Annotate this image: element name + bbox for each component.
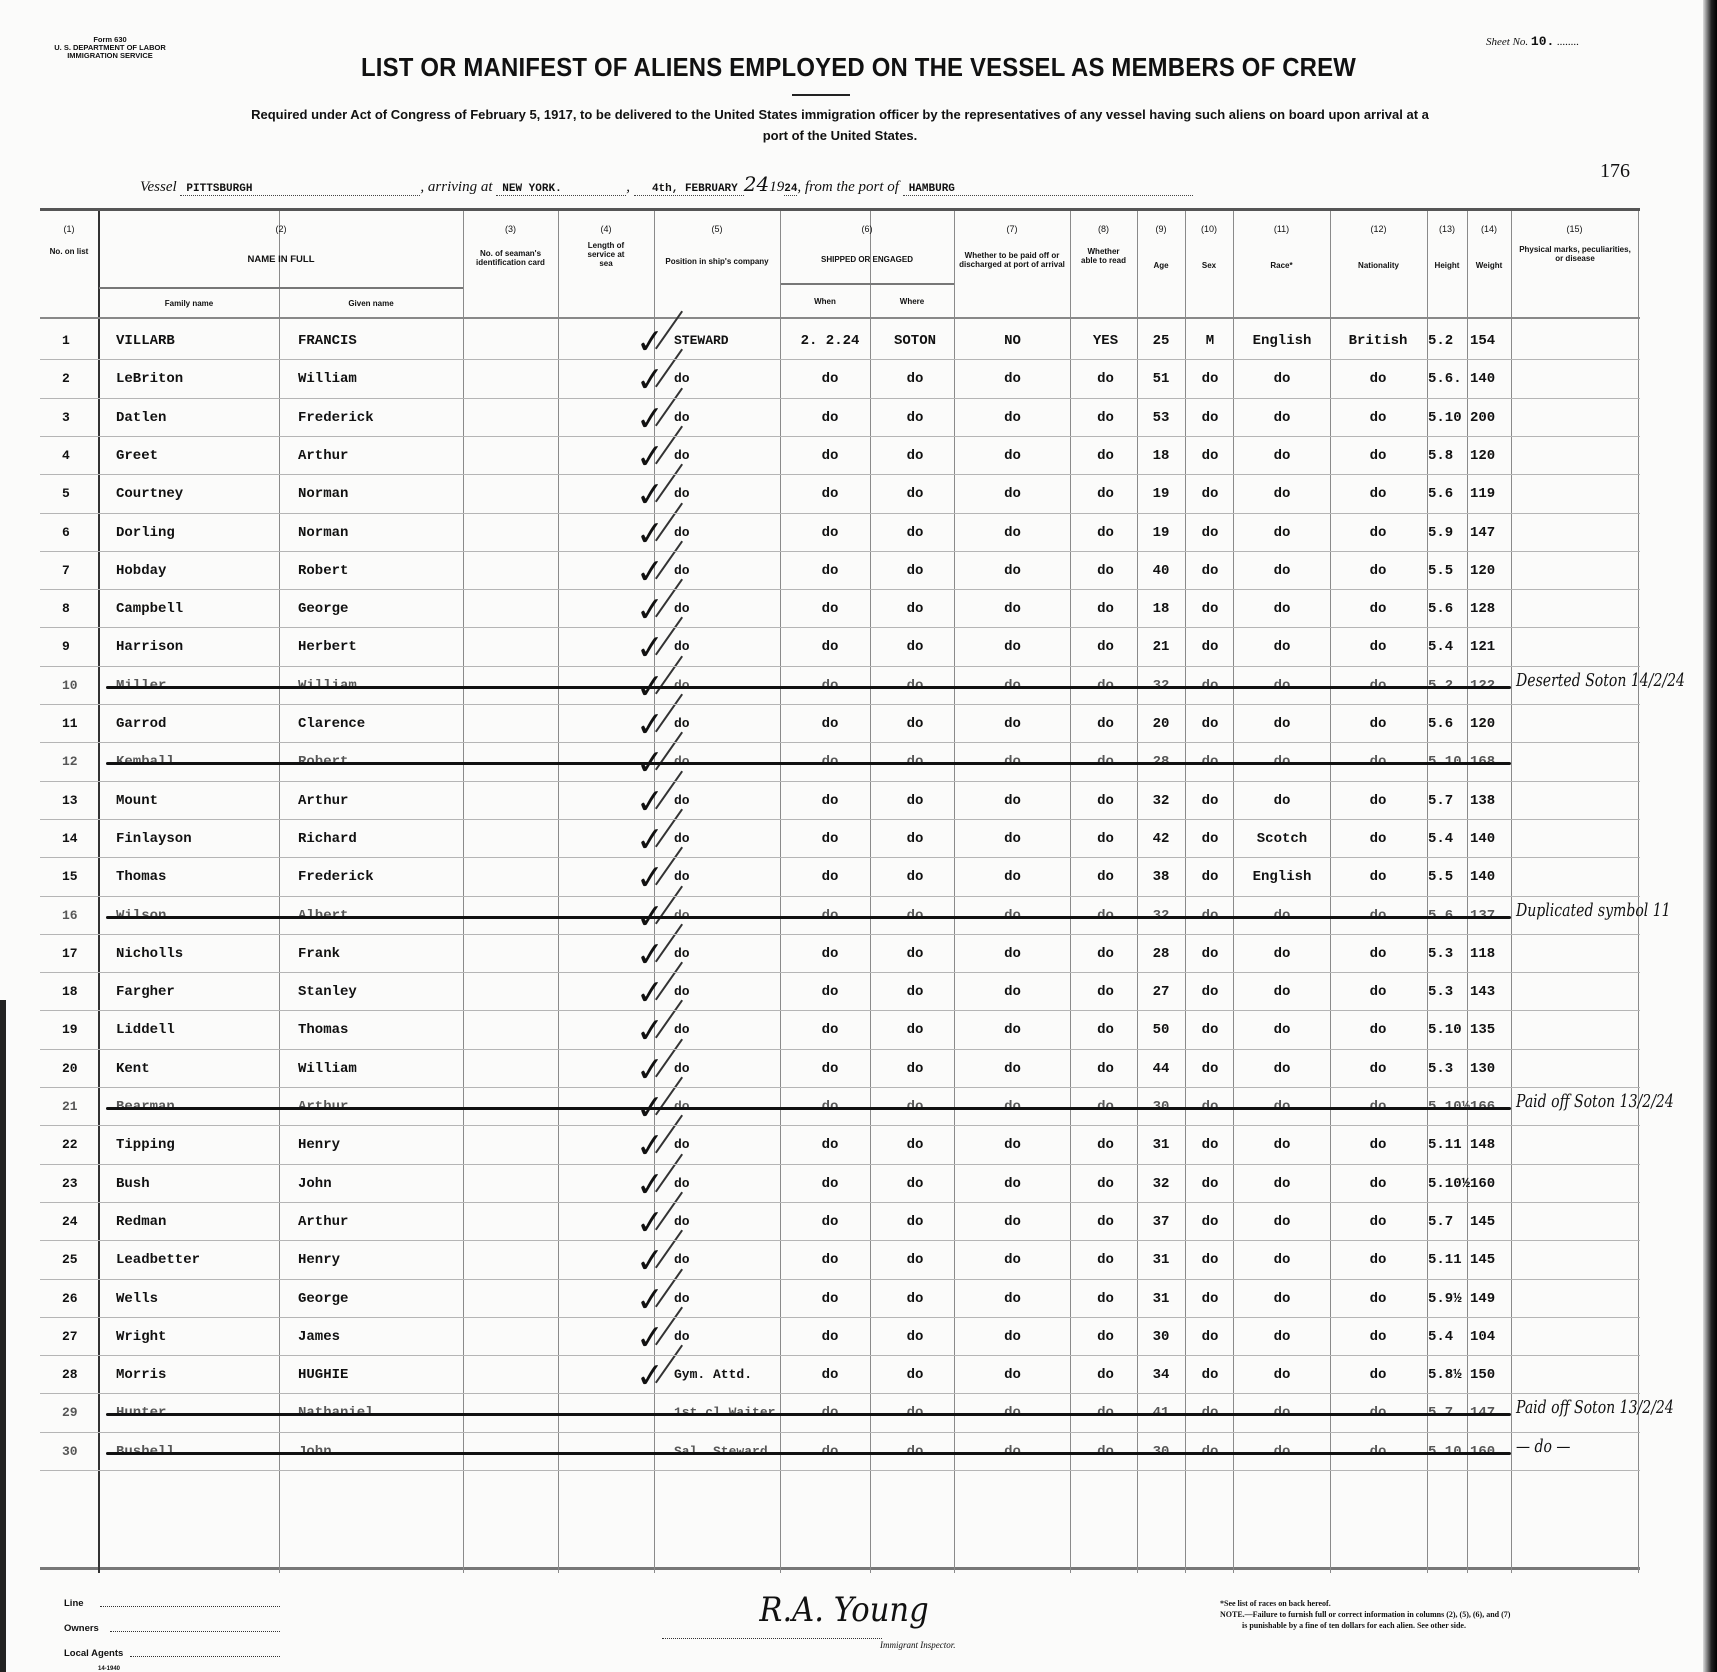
cell-height: 5.7 <box>1428 793 1470 809</box>
cell-race: do <box>1236 525 1328 541</box>
col-header-family-name: Family name <box>99 299 279 308</box>
cell-position: STEWARD <box>674 333 774 348</box>
cell-position: do <box>674 984 774 999</box>
cell-race: do <box>1236 1176 1328 1192</box>
cell-weight: 135 <box>1470 1022 1510 1038</box>
cell-given: Frederick <box>298 869 458 885</box>
col8-number: (8) <box>1070 225 1137 234</box>
cell-sex: do <box>1188 371 1232 387</box>
row-rule <box>40 1317 1640 1318</box>
col14-number: (14) <box>1467 225 1511 234</box>
cell-where: do <box>880 946 950 962</box>
cell-position: do <box>674 1252 774 1267</box>
cell-nationality: do <box>1332 486 1424 502</box>
strikethrough-line <box>106 1107 1511 1110</box>
cell-height: 5.5 <box>1428 563 1470 579</box>
cell-paid-off: do <box>965 1022 1060 1038</box>
cell-given: Norman <box>298 486 458 502</box>
col15-number: (15) <box>1511 225 1638 234</box>
col6-number: (6) <box>780 225 954 234</box>
departure-port: HAMBURG <box>903 183 1193 196</box>
col-header-physical-marks: Physical marks, peculiarities, or diseas… <box>1516 245 1634 263</box>
column-divider <box>279 211 280 1573</box>
cell-position: do <box>674 371 774 386</box>
row-rule <box>40 819 1640 820</box>
cell-race: do <box>1236 1291 1328 1307</box>
cell-no: 9 <box>62 639 92 654</box>
cell-age: 51 <box>1139 371 1183 387</box>
cell-height: 5.4 <box>1428 1329 1470 1345</box>
cell-when: do <box>790 869 870 885</box>
cell-no: 4 <box>62 448 92 463</box>
cell-no: 23 <box>62 1176 92 1191</box>
cell-position: Gym. Attd. <box>674 1367 774 1382</box>
cell-nationality: do <box>1332 793 1424 809</box>
cell-height: 5.11 <box>1428 1252 1470 1268</box>
col-header-sex: Sex <box>1185 261 1233 270</box>
cell-when: do <box>790 831 870 847</box>
cell-family: Wells <box>116 1291 276 1307</box>
cell-given: HUGHIE <box>298 1367 458 1383</box>
cell-height: 5.6 <box>1428 601 1470 617</box>
handwritten-note: Paid off Soton 13/2/24 <box>1516 1397 1674 1418</box>
cell-sex: do <box>1188 1214 1232 1230</box>
cell-where: do <box>880 1022 950 1038</box>
cell-read: do <box>1078 525 1133 541</box>
cell-sex: do <box>1188 1022 1232 1038</box>
cell-height: 5.4 <box>1428 639 1470 655</box>
cell-nationality: do <box>1332 984 1424 1000</box>
cell-nationality: do <box>1332 946 1424 962</box>
cell-nationality: do <box>1332 831 1424 847</box>
cell-nationality: do <box>1332 448 1424 464</box>
cell-when: do <box>790 1061 870 1077</box>
cell-paid-off: do <box>965 601 1060 617</box>
cell-family: Thomas <box>116 869 276 885</box>
cell-when: do <box>790 716 870 732</box>
handwritten-note: Deserted Soton 14/2/24 <box>1516 670 1685 691</box>
cell-paid-off: do <box>965 946 1060 962</box>
cell-given: Henry <box>298 1137 458 1153</box>
cell-weight: 149 <box>1470 1291 1510 1307</box>
row-rule <box>40 436 1640 437</box>
cell-where: do <box>880 1329 950 1345</box>
cell-age: 25 <box>1139 333 1183 349</box>
cell-nationality: British <box>1332 333 1424 349</box>
cell-sex: do <box>1188 525 1232 541</box>
cell-weight: 119 <box>1470 486 1510 502</box>
col-header-weight: Weight <box>1467 261 1511 270</box>
arrival-port: NEW YORK. <box>496 183 626 196</box>
cell-race: do <box>1236 639 1328 655</box>
row-rule <box>40 704 1640 705</box>
cell-age: 32 <box>1139 1176 1183 1192</box>
col4-number: (4) <box>558 225 654 234</box>
cell-no: 24 <box>62 1214 92 1229</box>
cell-position: do <box>674 563 774 578</box>
column-divider <box>1137 211 1138 1573</box>
cell-no: 6 <box>62 525 92 540</box>
cell-no: 26 <box>62 1291 92 1306</box>
cell-nationality: do <box>1332 1214 1424 1230</box>
cell-when: do <box>790 371 870 387</box>
cell-given: Herbert <box>298 639 458 655</box>
cell-position: do <box>674 946 774 961</box>
cell-no: 30 <box>62 1444 92 1459</box>
cell-paid-off: do <box>965 448 1060 464</box>
signature-line <box>662 1638 882 1639</box>
cell-weight: 121 <box>1470 639 1510 655</box>
cell-read: do <box>1078 1022 1133 1038</box>
col-header-given-name: Given name <box>279 299 463 308</box>
col13-number: (13) <box>1427 225 1467 234</box>
cell-position: do <box>674 1022 774 1037</box>
cell-given: Clarence <box>298 716 458 732</box>
cell-sex: do <box>1188 869 1232 885</box>
column-divider <box>1185 211 1186 1573</box>
cell-read: do <box>1078 1214 1133 1230</box>
cell-paid-off: do <box>965 1291 1060 1307</box>
local-agents-field <box>130 1656 280 1657</box>
cell-race: do <box>1236 371 1328 387</box>
cell-when: do <box>790 448 870 464</box>
cell-where: do <box>880 1061 950 1077</box>
handwritten-note: — do — <box>1516 1436 1570 1457</box>
cell-when: do <box>790 793 870 809</box>
col-header-paid-off: Whether to be paid off or discharged at … <box>958 251 1066 269</box>
row-rule <box>40 1049 1640 1050</box>
cell-no: 1 <box>62 333 92 348</box>
cell-read: do <box>1078 601 1133 617</box>
col2-number: (2) <box>99 225 463 234</box>
col1-number: (1) <box>40 225 98 234</box>
cell-age: 30 <box>1139 1329 1183 1345</box>
cell-paid-off: do <box>965 1061 1060 1077</box>
row-rule <box>40 1202 1640 1203</box>
cell-height: 5.2 <box>1428 333 1470 349</box>
cell-height: 5.5 <box>1428 869 1470 885</box>
cell-family: Finlayson <box>116 831 276 847</box>
cell-when: do <box>790 946 870 962</box>
cell-paid-off: do <box>965 410 1060 426</box>
strikethrough-line <box>106 916 1511 919</box>
cell-no: 11 <box>62 716 92 731</box>
cell-family: Hobday <box>116 563 276 579</box>
cell-given: Robert <box>298 563 458 579</box>
cell-height: 5.8½ <box>1428 1367 1470 1383</box>
cell-given: Norman <box>298 525 458 541</box>
cell-given: William <box>298 371 458 387</box>
col9-number: (9) <box>1137 225 1185 234</box>
cell-age: 21 <box>1139 639 1183 655</box>
cell-read: do <box>1078 410 1133 426</box>
cell-given: Arthur <box>298 793 458 809</box>
cell-sex: do <box>1188 1252 1232 1268</box>
cell-no: 20 <box>62 1061 92 1076</box>
cell-family: Kent <box>116 1061 276 1077</box>
cell-race: do <box>1236 563 1328 579</box>
cell-paid-off: do <box>965 869 1060 885</box>
cell-weight: 145 <box>1470 1214 1510 1230</box>
cell-family: Wright <box>116 1329 276 1345</box>
cell-read: YES <box>1078 333 1133 349</box>
inspector-signature: R.A. Young <box>759 1590 928 1630</box>
row-rule <box>40 896 1640 897</box>
local-agents-label: Local Agents <box>64 1648 123 1659</box>
row-rule <box>40 1470 1640 1471</box>
cell-height: 5.4 <box>1428 831 1470 847</box>
cell-nationality: do <box>1332 716 1424 732</box>
cell-no: 15 <box>62 869 92 884</box>
column-divider <box>870 211 871 1573</box>
row-rule <box>40 474 1640 475</box>
cell-race: do <box>1236 793 1328 809</box>
cell-height: 5.9 <box>1428 525 1470 541</box>
cell-sex: do <box>1188 563 1232 579</box>
cell-sex: do <box>1188 1367 1232 1383</box>
cell-when: do <box>790 410 870 426</box>
cell-race: do <box>1236 1137 1328 1153</box>
cell-family: Redman <box>116 1214 276 1230</box>
cell-weight: 130 <box>1470 1061 1510 1077</box>
cell-family: Mount <box>116 793 276 809</box>
row-rule <box>40 934 1640 935</box>
cell-race: do <box>1236 1022 1328 1038</box>
cell-weight: 140 <box>1470 869 1510 885</box>
col-header-position: Position in ship's company <box>658 257 776 266</box>
cell-weight: 140 <box>1470 371 1510 387</box>
cell-weight: 118 <box>1470 946 1510 962</box>
cell-nationality: do <box>1332 1061 1424 1077</box>
cell-given: William <box>298 1061 458 1077</box>
cell-where: do <box>880 1137 950 1153</box>
cell-age: 53 <box>1139 410 1183 426</box>
cell-no: 3 <box>62 410 92 425</box>
cell-weight: 154 <box>1470 333 1510 349</box>
cell-when: do <box>790 1291 870 1307</box>
cell-nationality: do <box>1332 410 1424 426</box>
cell-weight: 104 <box>1470 1329 1510 1345</box>
cell-family: Leadbetter <box>116 1252 276 1268</box>
column-divider <box>1330 211 1331 1573</box>
arrival-year: 24 <box>784 183 797 196</box>
owners-label: Owners <box>64 1623 99 1634</box>
cell-where: do <box>880 371 950 387</box>
cell-height: 5.6. <box>1428 371 1470 387</box>
cell-family: Dorling <box>116 525 276 541</box>
cell-age: 31 <box>1139 1291 1183 1307</box>
row-rule <box>40 1125 1640 1126</box>
cell-race: do <box>1236 716 1328 732</box>
cell-when: do <box>790 639 870 655</box>
cell-no: 27 <box>62 1329 92 1344</box>
cell-sex: do <box>1188 639 1232 655</box>
cell-when: do <box>790 1214 870 1230</box>
cell-no: 5 <box>62 486 92 501</box>
cell-weight: 200 <box>1470 410 1510 426</box>
cell-sex: do <box>1188 486 1232 502</box>
cell-race: do <box>1236 486 1328 502</box>
cell-given: Frederick <box>298 410 458 426</box>
cell-position: do <box>674 1061 774 1076</box>
cell-no: 7 <box>62 563 92 578</box>
cell-read: do <box>1078 1061 1133 1077</box>
cell-where: do <box>880 448 950 464</box>
cell-position: do <box>674 639 774 654</box>
cell-family: Datlen <box>116 410 276 426</box>
vessel-name: PITTSBURGH <box>180 183 420 196</box>
cell-sex: do <box>1188 831 1232 847</box>
cell-read: do <box>1078 1137 1133 1153</box>
col-header-shipped-or-engaged: SHIPPED OR ENGAGED <box>780 255 954 264</box>
col-header-able-to-read: Whether able to read <box>1080 247 1127 265</box>
penalty-note-2: is punishable by a fine of ten dollars f… <box>1220 1620 1640 1631</box>
cell-nationality: do <box>1332 1022 1424 1038</box>
cell-height: 5.3 <box>1428 984 1470 1000</box>
cell-read: do <box>1078 869 1133 885</box>
cell-when: do <box>790 1367 870 1383</box>
cell-paid-off: do <box>965 486 1060 502</box>
cell-sex: do <box>1188 448 1232 464</box>
subtitle-line-2: port of the United States. <box>40 125 1640 146</box>
cell-read: do <box>1078 448 1133 464</box>
cell-given: Richard <box>298 831 458 847</box>
cell-no: 17 <box>62 946 92 961</box>
row-rule <box>40 781 1640 782</box>
cell-no: 16 <box>62 908 92 923</box>
cell-family: Tipping <box>116 1137 276 1153</box>
cell-where: SOTON <box>880 333 950 349</box>
cell-where: do <box>880 525 950 541</box>
cell-no: 14 <box>62 831 92 846</box>
cell-family: Courtney <box>116 486 276 502</box>
arriving-label: , arriving at <box>420 179 492 195</box>
col7-number: (7) <box>954 225 1070 234</box>
arrival-date-prefix: 4th, FEBRUARY <box>634 183 744 196</box>
cell-paid-off: do <box>965 1329 1060 1345</box>
cell-age: 34 <box>1139 1367 1183 1383</box>
cell-position: do <box>674 410 774 425</box>
arrival-day: 24 <box>744 172 769 196</box>
cell-age: 50 <box>1139 1022 1183 1038</box>
row-rule <box>40 398 1640 399</box>
col-header-no-on-list: No. on list <box>44 247 94 256</box>
cell-position: do <box>674 831 774 846</box>
col-header-nationality: Nationality <box>1330 261 1427 270</box>
handwritten-note: Paid off Soton 13/2/24 <box>1516 1091 1674 1112</box>
cell-no: 21 <box>62 1099 92 1114</box>
cell-race: English <box>1236 869 1328 885</box>
cell-sex: do <box>1188 601 1232 617</box>
row-rule <box>40 589 1640 590</box>
strikethrough-line <box>106 762 1511 765</box>
cell-paid-off: do <box>965 563 1060 579</box>
row-rule <box>40 551 1640 552</box>
cell-position: do <box>674 1137 774 1152</box>
cell-nationality: do <box>1332 1137 1424 1153</box>
row-rule <box>40 1010 1640 1011</box>
column-divider <box>780 211 781 1573</box>
cell-age: 19 <box>1139 486 1183 502</box>
row-rule <box>40 972 1640 973</box>
cell-weight: 143 <box>1470 984 1510 1000</box>
cell-when: do <box>790 1176 870 1192</box>
strikethrough-line <box>106 1452 1511 1455</box>
row-rule <box>40 1240 1640 1241</box>
cell-paid-off: do <box>965 831 1060 847</box>
row-rule <box>40 513 1640 514</box>
cell-position: do <box>674 486 774 501</box>
cell-race: do <box>1236 946 1328 962</box>
cell-given: Thomas <box>298 1022 458 1038</box>
cell-sex: do <box>1188 1329 1232 1345</box>
row-rule <box>40 1355 1640 1356</box>
row-rule <box>40 1279 1640 1280</box>
cell-paid-off: do <box>965 1137 1060 1153</box>
column-divider <box>1070 211 1071 1573</box>
cell-weight: 128 <box>1470 601 1510 617</box>
cell-where: do <box>880 601 950 617</box>
cell-race: do <box>1236 1252 1328 1268</box>
cell-nationality: do <box>1332 601 1424 617</box>
cell-given: George <box>298 1291 458 1307</box>
cell-height: 5.11 <box>1428 1137 1470 1153</box>
col-header-where: Where <box>870 297 954 306</box>
cell-age: 31 <box>1139 1137 1183 1153</box>
col3-number: (3) <box>463 225 558 234</box>
cell-race: do <box>1236 1329 1328 1345</box>
cell-given: Henry <box>298 1252 458 1268</box>
cell-no: 18 <box>62 984 92 999</box>
cell-nationality: do <box>1332 1176 1424 1192</box>
cell-age: 18 <box>1139 448 1183 464</box>
cell-no: 13 <box>62 793 92 808</box>
cell-read: do <box>1078 793 1133 809</box>
column-divider <box>98 211 100 1573</box>
cell-age: 28 <box>1139 946 1183 962</box>
cell-where: do <box>880 1367 950 1383</box>
cell-height: 5.6 <box>1428 486 1470 502</box>
cell-weight: 138 <box>1470 793 1510 809</box>
cell-position: do <box>674 1176 774 1191</box>
cell-paid-off: do <box>965 984 1060 1000</box>
cell-when: do <box>790 1137 870 1153</box>
cell-read: do <box>1078 1367 1133 1383</box>
cell-sex: M <box>1188 333 1232 349</box>
cell-given: Frank <box>298 946 458 962</box>
cell-height: 5.6 <box>1428 716 1470 732</box>
subtitle-line-1: Required under Act of Congress of Februa… <box>40 104 1640 125</box>
col5-number: (5) <box>654 225 780 234</box>
cell-read: do <box>1078 1329 1133 1345</box>
cell-where: do <box>880 639 950 655</box>
cell-weight: 120 <box>1470 716 1510 732</box>
cell-position: do <box>674 1329 774 1344</box>
col-header-id-card: No. of seaman's identification card <box>468 249 553 267</box>
cell-weight: 145 <box>1470 1252 1510 1268</box>
cell-nationality: do <box>1332 869 1424 885</box>
cell-family: Fargher <box>116 984 276 1000</box>
cell-race: do <box>1236 1367 1328 1383</box>
cell-read: do <box>1078 1252 1133 1268</box>
cell-paid-off: do <box>965 525 1060 541</box>
cell-family: Bush <box>116 1176 276 1192</box>
cell-sex: do <box>1188 410 1232 426</box>
cell-position: do <box>674 601 774 616</box>
cell-where: do <box>880 716 950 732</box>
cell-family: Nicholls <box>116 946 276 962</box>
cell-paid-off: NO <box>965 333 1060 349</box>
